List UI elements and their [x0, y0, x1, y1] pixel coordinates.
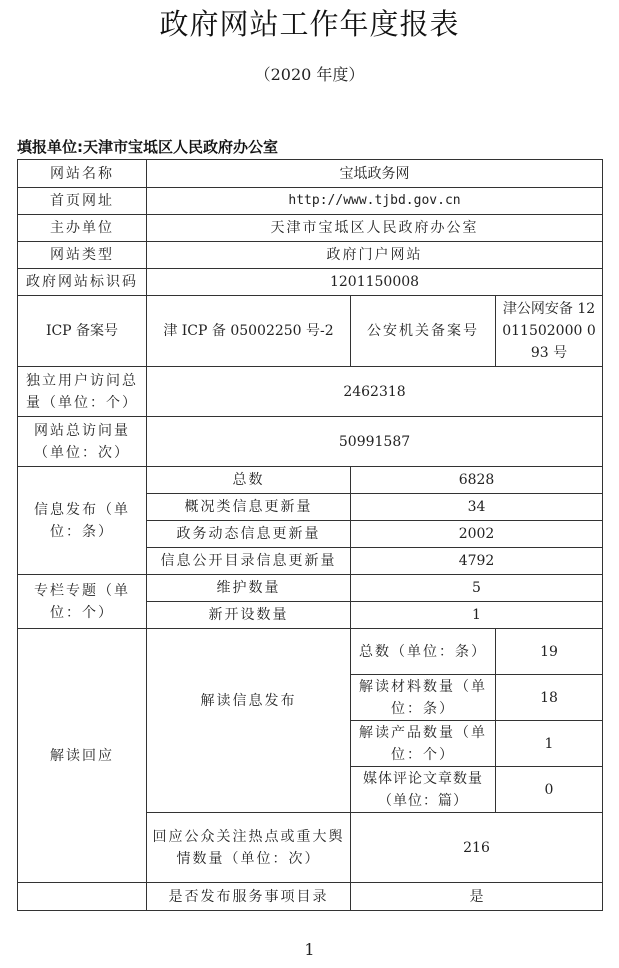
site-type-value: 政府门户网站 — [147, 242, 603, 269]
disclosure-update-label: 信息公开目录信息更新量 — [147, 548, 351, 575]
table-row: 网站类型 政府门户网站 — [18, 242, 603, 269]
site-name-label: 网站名称 — [18, 160, 147, 188]
unique-visitors-value: 2462318 — [147, 367, 603, 417]
table-row: 政府网站标识码 1201150008 — [18, 269, 603, 296]
interp-material-label: 解读材料数量（单位：条） — [351, 675, 496, 721]
site-id-value: 1201150008 — [147, 269, 603, 296]
interpretation-label: 解读回应 — [18, 629, 147, 883]
maintained-value: 5 — [351, 575, 603, 602]
info-total-label: 总数 — [147, 467, 351, 494]
overview-update-value: 34 — [351, 494, 603, 521]
total-visits-value: 50991587 — [147, 417, 603, 467]
police-record-label: 公安机关备案号 — [351, 296, 496, 367]
interp-product-label: 解读产品数量（单位：个） — [351, 721, 496, 767]
reporting-unit: 填报单位:天津市宝坻区人民政府办公室 — [17, 136, 278, 157]
year-label: （2020 年度） — [0, 62, 619, 85]
page-number: 1 — [0, 940, 619, 959]
site-type-label: 网站类型 — [18, 242, 147, 269]
gov-news-update-label: 政务动态信息更新量 — [147, 521, 351, 548]
site-name-value: 宝坻政务网 — [147, 160, 603, 188]
table-row: 网站名称 宝坻政务网 — [18, 160, 603, 188]
response-value: 216 — [351, 813, 603, 883]
total-visits-label: 网站总访问量（单位：次） — [18, 417, 147, 467]
new-columns-value: 1 — [351, 602, 603, 629]
site-id-label: 政府网站标识码 — [18, 269, 147, 296]
interpretation-publish-label: 解读信息发布 — [147, 629, 351, 813]
document-title: 政府网站工作年度报表 — [0, 2, 619, 43]
icp-label: ICP 备案号 — [18, 296, 147, 367]
new-columns-label: 新开设数量 — [147, 602, 351, 629]
unique-visitors-label: 独立用户访问总量（单位：个） — [18, 367, 147, 417]
response-label: 回应公众关注热点或重大舆情数量（单位：次） — [147, 813, 351, 883]
info-publish-label: 信息发布（单位：条） — [18, 467, 147, 575]
gov-news-update-value: 2002 — [351, 521, 603, 548]
homepage-value: http://www.tjbd.gov.cn — [147, 188, 603, 215]
table-row: 是否发布服务事项目录 是 — [18, 883, 603, 911]
table-row: 独立用户访问总量（单位：个） 2462318 — [18, 367, 603, 417]
table-row: 主办单位 天津市宝坻区人民政府办公室 — [18, 215, 603, 242]
service-catalog-value: 是 — [351, 883, 603, 911]
overview-update-label: 概况类信息更新量 — [147, 494, 351, 521]
police-record-value: 津公网安备 12011502000 093 号 — [496, 296, 603, 367]
interp-total-value: 19 — [496, 629, 603, 675]
table-row: 信息发布（单位：条） 总数 6828 — [18, 467, 603, 494]
interp-total-label: 总数（单位：条） — [351, 629, 496, 675]
table-row: 网站总访问量（单位：次） 50991587 — [18, 417, 603, 467]
disclosure-update-value: 4792 — [351, 548, 603, 575]
empty-cell — [18, 883, 147, 911]
columns-label: 专栏专题（单位：个） — [18, 575, 147, 629]
media-article-value: 0 — [496, 767, 603, 813]
service-catalog-label: 是否发布服务事项目录 — [147, 883, 351, 911]
homepage-label: 首页网址 — [18, 188, 147, 215]
icp-value: 津 ICP 备 05002250 号-2 — [147, 296, 351, 367]
sponsor-label: 主办单位 — [18, 215, 147, 242]
info-total-value: 6828 — [351, 467, 603, 494]
table-row: 解读回应 解读信息发布 总数（单位：条） 19 — [18, 629, 603, 675]
maintained-label: 维护数量 — [147, 575, 351, 602]
interp-product-value: 1 — [496, 721, 603, 767]
table-row: ICP 备案号 津 ICP 备 05002250 号-2 公安机关备案号 津公网… — [18, 296, 603, 367]
table-row: 首页网址 http://www.tjbd.gov.cn — [18, 188, 603, 215]
report-table: 网站名称 宝坻政务网 首页网址 http://www.tjbd.gov.cn 主… — [17, 159, 603, 911]
table-row: 专栏专题（单位：个） 维护数量 5 — [18, 575, 603, 602]
interp-material-value: 18 — [496, 675, 603, 721]
sponsor-value: 天津市宝坻区人民政府办公室 — [147, 215, 603, 242]
media-article-label: 媒体评论文章数量（单位：篇） — [351, 767, 496, 813]
